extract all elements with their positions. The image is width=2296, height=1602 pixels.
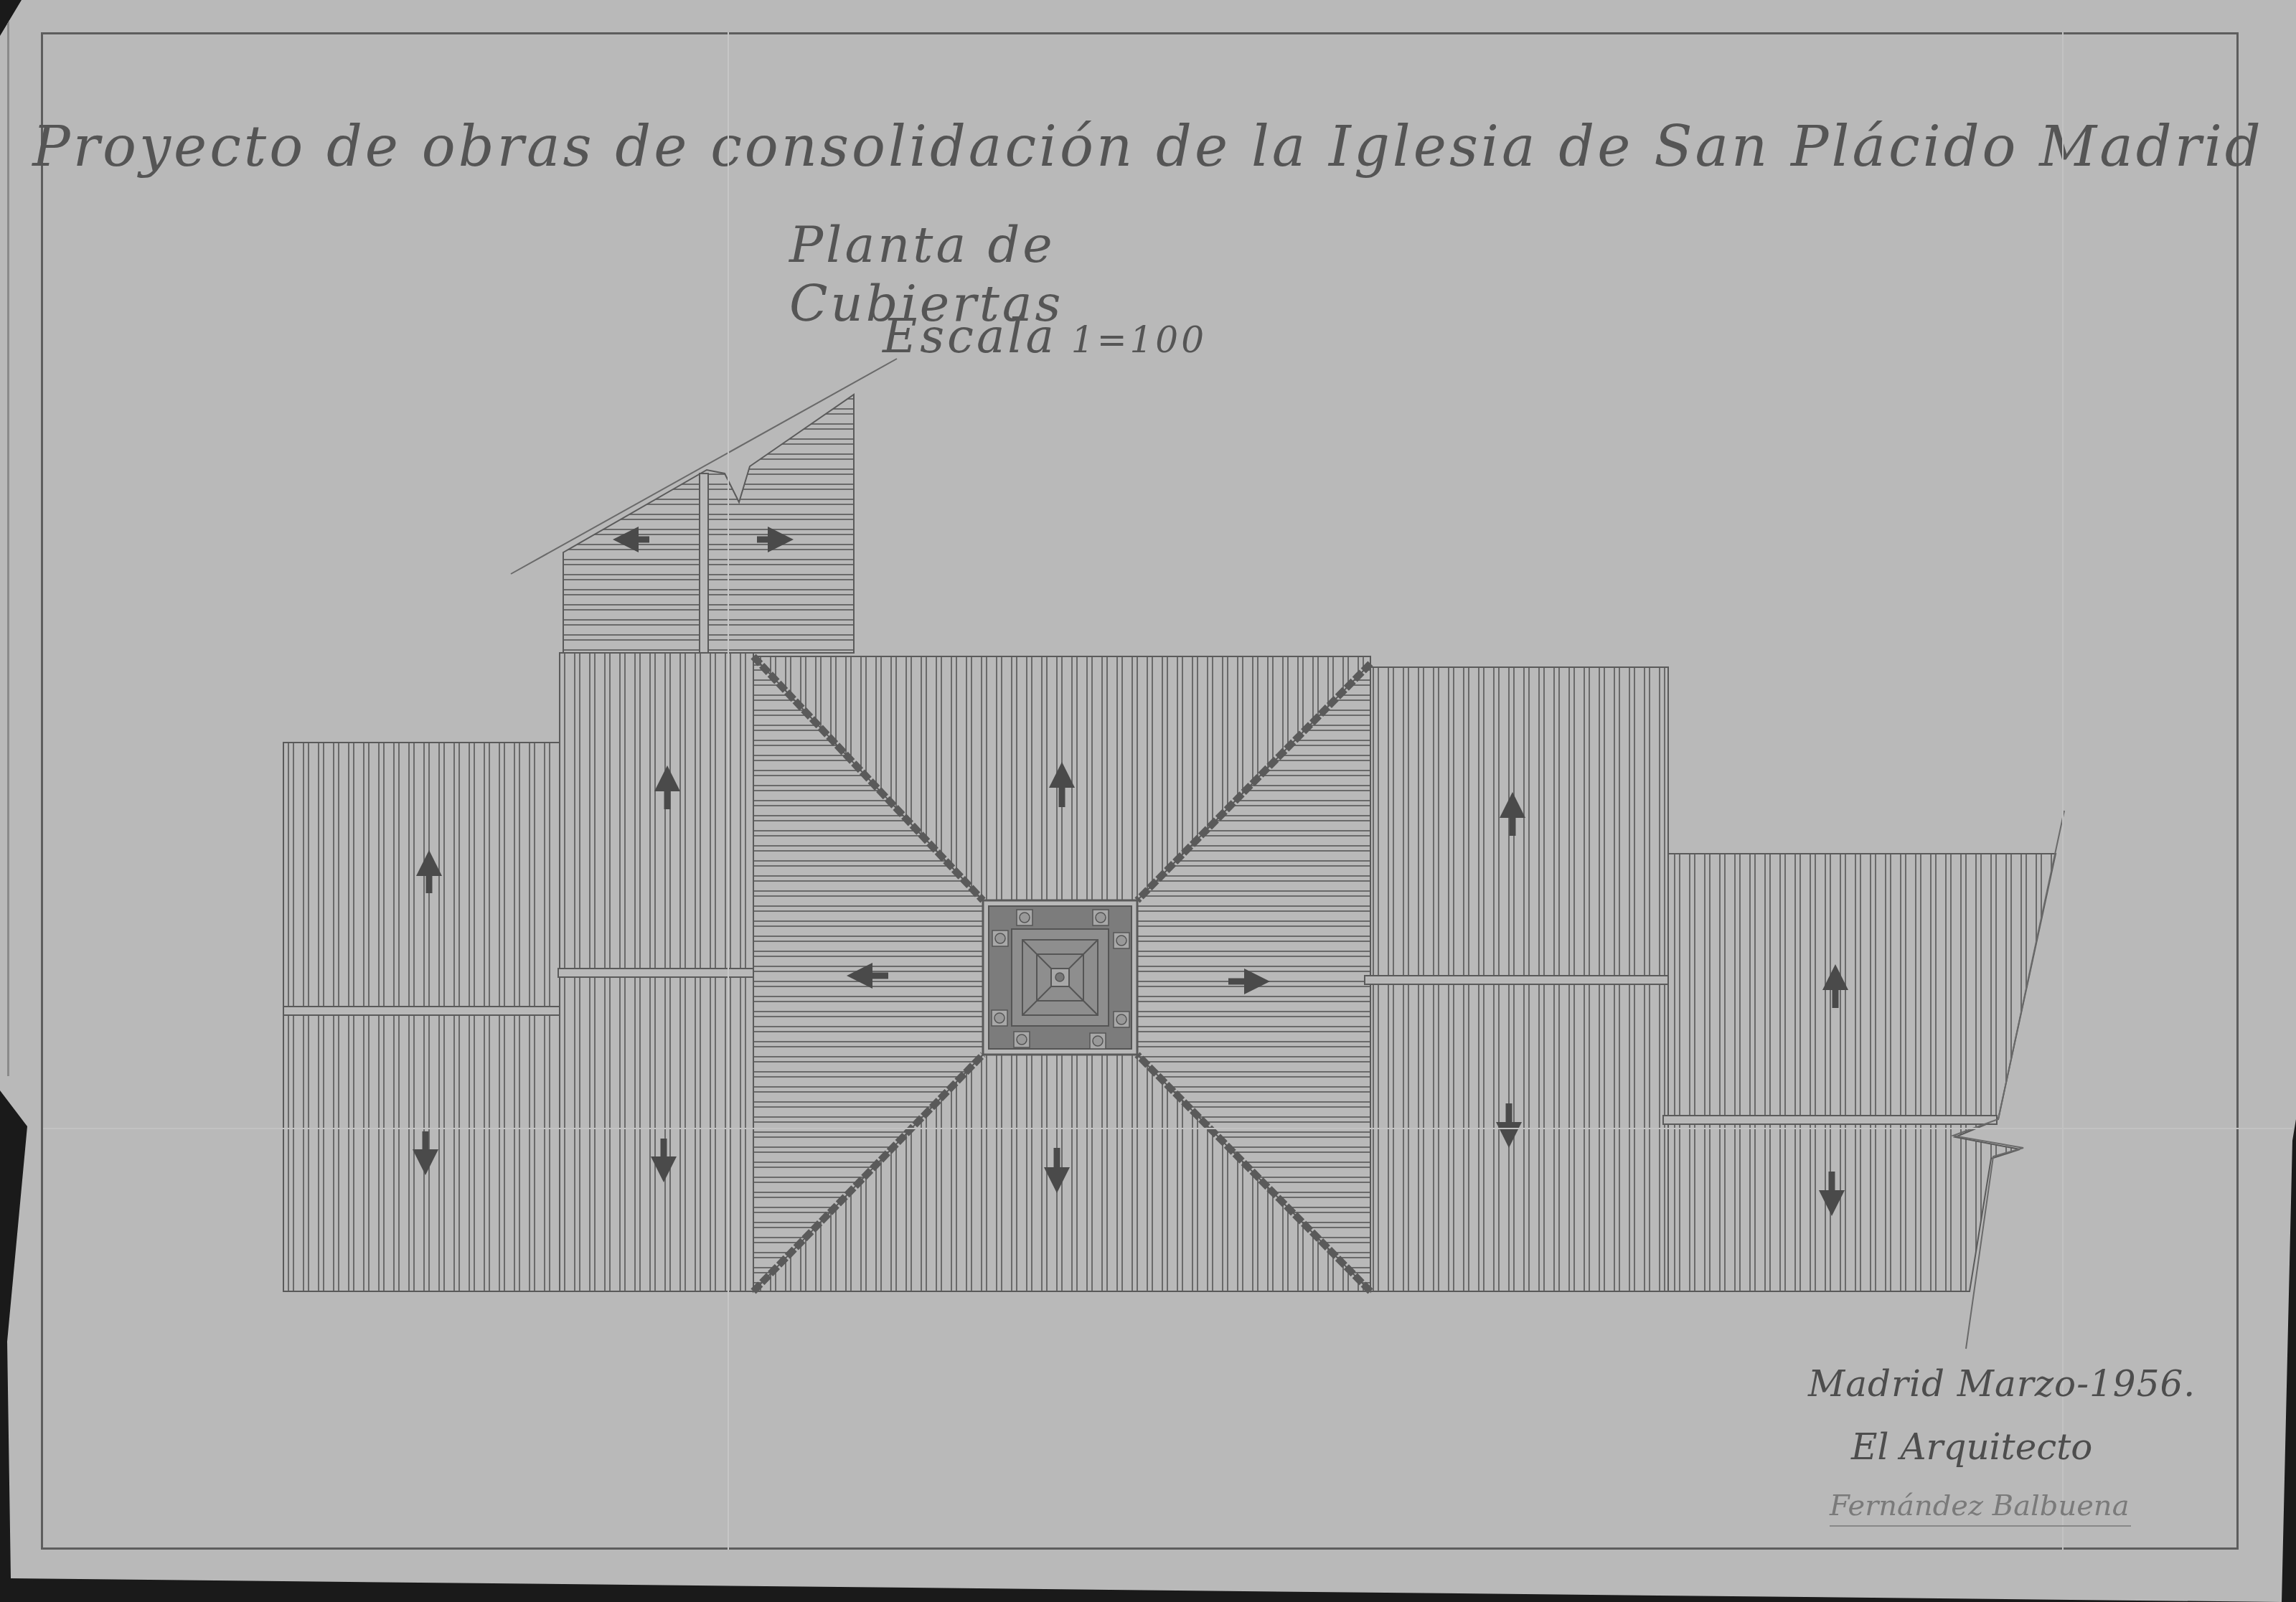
east-wing-roof bbox=[1663, 811, 2064, 1349]
ridge-line bbox=[283, 1007, 560, 1015]
central-lantern bbox=[983, 900, 1137, 1055]
place-date: Madrid Marzo-1956. bbox=[1808, 1363, 2196, 1405]
signature-block: Madrid Marzo-1956. El Arquitecto Fernánd… bbox=[1808, 1363, 2196, 1527]
signatory-role: El Arquitecto bbox=[1851, 1426, 2196, 1468]
ridge-line bbox=[1663, 1116, 1997, 1124]
north-tower-roof bbox=[511, 359, 897, 653]
signature: Fernández Balbuena bbox=[1830, 1489, 2131, 1527]
east-bay-roof bbox=[1365, 667, 1668, 1291]
ridge-line bbox=[558, 969, 753, 977]
drawing-sheet: Proyecto de obras de consolidación de la… bbox=[0, 0, 2296, 1602]
roof-plan bbox=[0, 0, 2296, 1602]
ridge-line bbox=[1365, 976, 1668, 984]
west-bay-roof bbox=[558, 653, 753, 1291]
west-wing-roof bbox=[283, 743, 560, 1291]
